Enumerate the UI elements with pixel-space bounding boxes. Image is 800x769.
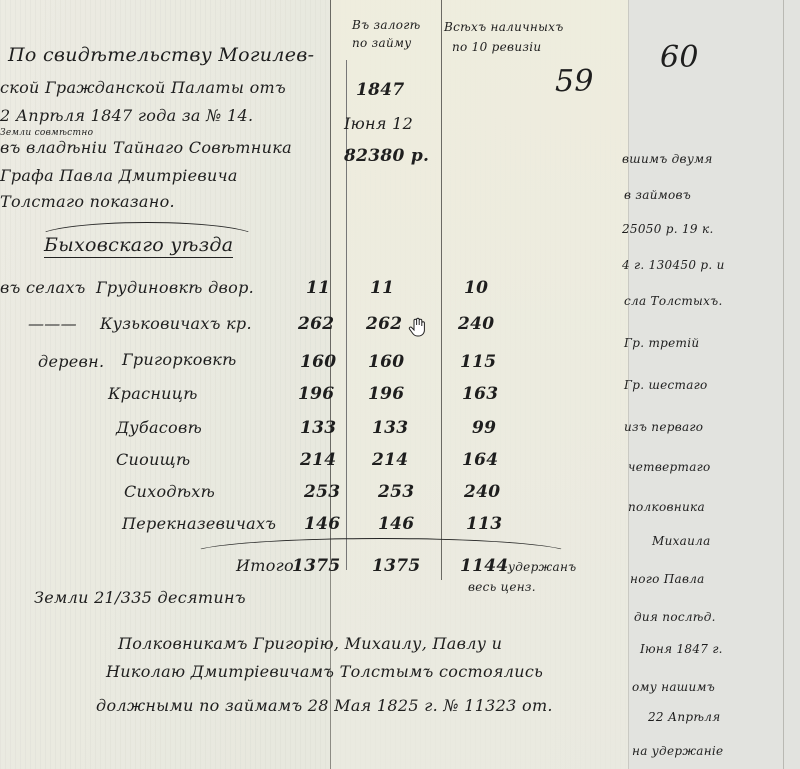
row-revision: 115	[460, 352, 496, 372]
total-count: 1375	[292, 556, 341, 576]
column-rule-pledged	[346, 60, 347, 570]
pledge-year: 1847	[356, 80, 405, 100]
column-header-revision-1: Всѣхъ наличныхъ	[444, 20, 564, 34]
row-pledged: 146	[378, 514, 414, 534]
hand-cursor-icon	[408, 317, 426, 337]
row-count: 133	[300, 418, 336, 438]
row-name: Сиходѣхѣ	[124, 482, 215, 501]
row-count: 160	[300, 352, 336, 372]
page-number-left: 59	[555, 64, 594, 99]
margin-line: Михаила	[652, 534, 711, 548]
footer-line-3: должными по займамъ 28 Мая 1825 г. № 113…	[96, 696, 553, 715]
margin-line: в займовъ	[624, 188, 691, 202]
row-name: Дубасовѣ	[116, 418, 202, 437]
header-line-3: 2 Апрѣля 1847 года за № 14.	[0, 106, 253, 125]
margin-line: ому нашимъ	[632, 680, 715, 694]
total-pledged: 1375	[372, 556, 421, 576]
row-name: Кузьковичахъ кр.	[100, 314, 252, 333]
header-line-1: По свидѣтельству Могилев-	[8, 44, 314, 66]
margin-line: 25050 р. 19 к.	[622, 222, 714, 236]
land-total: Земли 21/335 десятинъ	[34, 588, 246, 607]
margin-line: изъ перваго	[624, 420, 703, 434]
footer-line-2: Николаю Дмитріевичамъ Толстымъ состоялис…	[106, 662, 543, 681]
margin-line: 22 Апрѣля	[648, 710, 720, 724]
row-prefix: ———	[28, 314, 77, 333]
margin-line: на удержаніе	[632, 744, 723, 758]
row-pledged: 196	[368, 384, 404, 404]
row-name: Красницѣ	[108, 384, 198, 403]
row-prefix: въ селахъ	[0, 278, 86, 297]
page-number-right: 60	[660, 40, 699, 75]
row-name: Перекназевичахъ	[122, 514, 276, 533]
row-pledged: 262	[366, 314, 402, 334]
pledge-amount: 82380 р.	[344, 146, 429, 166]
margin-line: сла Толстыхъ.	[624, 294, 723, 308]
row-count: 214	[300, 450, 336, 470]
pledge-date: Іюня 12	[344, 114, 413, 133]
row-revision: 163	[462, 384, 498, 404]
document-page: Въ залогѣ по займу Всѣхъ наличныхъ по 10…	[0, 0, 800, 769]
row-revision: 240	[464, 482, 500, 502]
header-line-2: ской Гражданской Палаты отъ	[0, 78, 286, 97]
margin-line: Гр. шестаго	[624, 378, 708, 392]
row-revision: 10	[464, 278, 488, 298]
row-count: 146	[304, 514, 340, 534]
total-label: Итого	[236, 556, 294, 575]
row-revision: 164	[462, 450, 498, 470]
footer-line-1: Полковникамъ Григорію, Михаилу, Павлу и	[118, 634, 502, 653]
row-pledged: 160	[368, 352, 404, 372]
header-line-4: въ владѣніи Тайнаго Совѣтника	[0, 138, 292, 157]
margin-line: Гр. третій	[624, 336, 699, 350]
row-pledged: 11	[370, 278, 394, 298]
row-pledged: 214	[372, 450, 408, 470]
heading-flourish	[36, 222, 258, 254]
row-name: Грудиновкѣ двор.	[96, 278, 254, 297]
row-pledged: 133	[372, 418, 408, 438]
header-line-5: Графа Павла Дмитріевича	[0, 166, 238, 185]
margin-line: полковника	[628, 500, 705, 514]
row-name: Григорковкѣ	[122, 350, 237, 369]
margin-line: 4 г. 130450 р. и	[622, 258, 725, 272]
row-revision: 240	[458, 314, 494, 334]
row-prefix: деревн.	[38, 352, 104, 371]
header-line-6: Толстаго показано.	[0, 192, 175, 211]
total-note-1: удержанъ	[508, 560, 576, 574]
row-name: Сиоищѣ	[116, 450, 190, 469]
row-revision: 113	[466, 514, 502, 534]
column-header-pledged-2: по займу	[352, 36, 412, 50]
header-insertion: Земли совмѣстно	[0, 128, 93, 138]
margin-line: Іюня 1847 г.	[640, 642, 723, 656]
row-count: 253	[304, 482, 340, 502]
row-count: 11	[306, 278, 330, 298]
column-rule-revision	[441, 0, 442, 580]
total-revision: 1144	[460, 556, 509, 576]
margin-line: вшимъ двумя	[622, 152, 713, 166]
row-pledged: 253	[378, 482, 414, 502]
column-header-pledged-1: Въ залогѣ	[352, 18, 421, 32]
row-count: 262	[298, 314, 334, 334]
row-count: 196	[298, 384, 334, 404]
margin-line: дия послѣд.	[634, 610, 716, 624]
row-revision: 99	[472, 418, 496, 438]
margin-line: четвертаго	[628, 460, 711, 474]
column-header-revision-2: по 10 ревизіи	[452, 40, 541, 54]
margin-line: ного Павла	[630, 572, 705, 586]
total-note-2: весь ценз.	[468, 580, 536, 594]
page-edge	[783, 0, 784, 769]
